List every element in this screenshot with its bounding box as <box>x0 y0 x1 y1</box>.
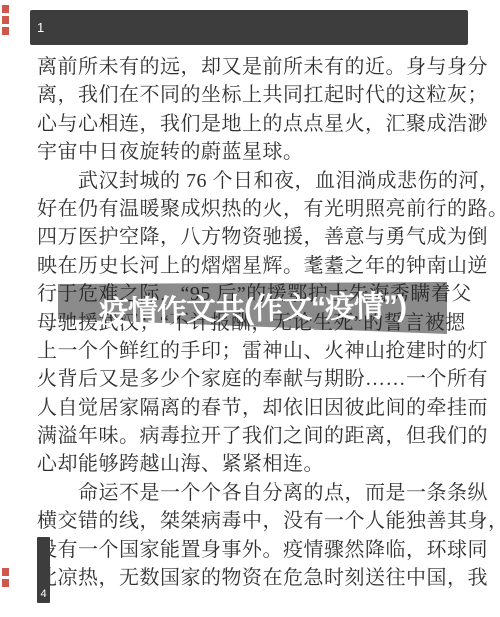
essay-line: 命运不是一个个各自分离的点，而是一条条纵 <box>37 479 477 507</box>
essay-line: 武汉封城的 76 个日和夜，血泪淌成悲伤的河， <box>37 167 477 195</box>
essay-line: 火背后又是多少个家庭的奉献与期盼……一个所有 <box>37 365 477 393</box>
red-mark-icon <box>2 27 9 35</box>
essay-line: 好在仍有温暖聚成炽热的火，有光明照亮前行的路。 <box>37 195 477 223</box>
document-page: 1 4 离前所未有的远，却又是前所未有的近。身与身分 离，我们在不同的坐标上共同… <box>0 0 500 617</box>
essay-line: 心与心相连，我们是地上的点点星火，汇聚成浩渺 <box>37 110 477 138</box>
page-number-top: 1 <box>37 10 44 45</box>
red-mark-icon <box>2 579 9 587</box>
red-mark-icon <box>2 16 9 24</box>
essay-line: 没有一个国家能置身事外。疫情骤然降临，环球同 <box>37 536 477 564</box>
essay-line: 满溢年味。病毒拉开了我们之间的距离，但我们的 <box>37 422 477 450</box>
essay-line: 离前所未有的远，却又是前所未有的近。身与身分 <box>37 53 477 81</box>
essay-line: 此凉热，无数国家的物资在危急时刻送往中国，我 <box>37 564 477 592</box>
page-number-side: 4 <box>37 588 50 600</box>
essay-line: 四万医护空降，八方物资驰援，善意与勇气成为倒 <box>37 223 477 251</box>
essay-line: 离，我们在不同的坐标上共同扛起时代的这粒灰； <box>37 81 477 109</box>
red-edge-marks-bottom-icon <box>2 568 10 590</box>
watermark-overlay: 疫情作文共(作文“疫情”) <box>58 281 447 335</box>
watermark-title: 疫情作文共(作文“疫情”) <box>58 280 448 332</box>
red-mark-icon <box>2 5 9 13</box>
top-highlight-bar: 1 <box>30 10 468 45</box>
essay-line: 心却能够跨越山海、紧紧相连。 <box>37 450 477 478</box>
essay-line: 人自觉居家隔离的春节，却依旧因彼此间的牵挂而 <box>37 394 477 422</box>
red-mark-icon <box>2 568 9 576</box>
essay-line: 映在历史长河上的熠熠星辉。耄耋之年的钟南山逆 <box>37 252 477 280</box>
red-edge-marks-top-icon <box>2 5 10 38</box>
left-highlight-bar: 4 <box>37 537 50 603</box>
essay-line: 上一个个鲜红的手印；雷神山、火神山抢建时的灯 <box>37 337 477 365</box>
essay-line: 横交错的线，桀桀病毒中，没有一个人能独善其身， <box>37 507 477 535</box>
essay-line: 宇宙中日夜旋转的蔚蓝星球。 <box>37 138 477 166</box>
